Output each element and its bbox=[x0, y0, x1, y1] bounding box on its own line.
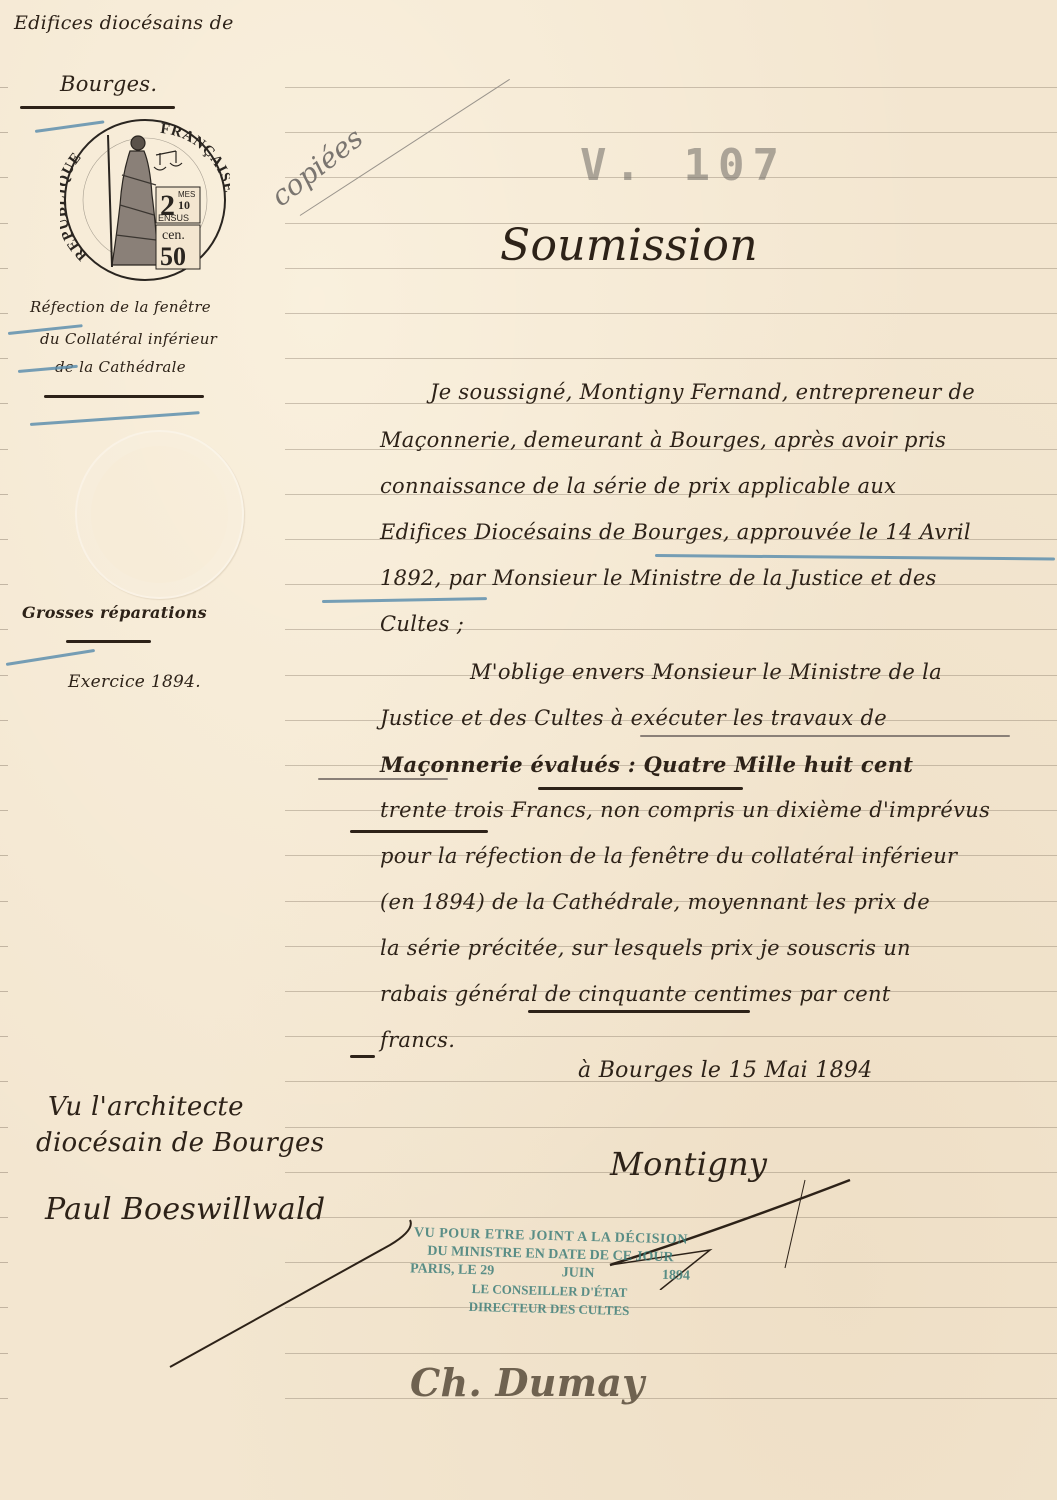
margin-tick bbox=[0, 765, 8, 766]
margin-tick bbox=[0, 675, 8, 676]
margin-subject-line: du Collatéral inférieur bbox=[40, 330, 217, 348]
body-line: rabais général de cinquante centimes par… bbox=[380, 982, 891, 1006]
margin-header-line1: Edifices diocésains de bbox=[14, 12, 234, 34]
svg-text:REPUBLIQUE: REPUBLIQUE bbox=[60, 149, 91, 263]
embossed-dry-seal bbox=[75, 430, 244, 599]
stamp-place: PARIS, LE 29 bbox=[410, 1260, 495, 1280]
blue-pencil-mark bbox=[322, 597, 487, 603]
body-line: Edifices Diocésains de Bourges, approuvé… bbox=[380, 520, 971, 544]
margin-tick bbox=[0, 1036, 8, 1037]
body-line: francs. bbox=[380, 1028, 455, 1052]
rebate-underline bbox=[350, 1055, 375, 1058]
blue-pencil-mark bbox=[655, 554, 1055, 560]
director-signature: Ch. Dumay bbox=[410, 1360, 645, 1405]
margin-category-underline bbox=[66, 640, 151, 643]
ruled-line bbox=[285, 313, 1057, 314]
margin-tick bbox=[0, 1081, 8, 1082]
margin-tick bbox=[0, 1307, 8, 1308]
margin-tick bbox=[0, 223, 8, 224]
margin-subject-underline bbox=[44, 395, 204, 398]
margin-exercise: Exercice 1894. bbox=[68, 672, 201, 692]
margin-tick bbox=[0, 87, 8, 88]
rebate-underline bbox=[528, 1010, 750, 1013]
margin-subject-line: Réfection de la fenêtre bbox=[30, 298, 211, 316]
tax-stamp-icon: REPUBLIQUE FRANÇAISE 2 MES 10 ENSUS cen.… bbox=[60, 115, 230, 285]
stamp-month: JUIN bbox=[561, 1264, 594, 1283]
margin-header-underline bbox=[20, 106, 175, 109]
margin-tick bbox=[0, 494, 8, 495]
pencil-annotation: copiées bbox=[265, 121, 370, 213]
margin-tick bbox=[0, 539, 8, 540]
margin-tick bbox=[0, 629, 8, 630]
svg-text:50: 50 bbox=[160, 242, 186, 271]
file-number-stamp: V. 107 bbox=[580, 140, 787, 191]
margin-tick bbox=[0, 1172, 8, 1173]
ruled-line bbox=[285, 358, 1057, 359]
body-line: la série précitée, sur lesquels prix je … bbox=[380, 936, 911, 960]
architect-visa-line1: Vu l'architecte bbox=[48, 1092, 244, 1122]
margin-tick bbox=[0, 991, 8, 992]
margin-tick bbox=[0, 1217, 8, 1218]
margin-tick bbox=[0, 403, 8, 404]
body-line: pour la réfection de la fenêtre du colla… bbox=[380, 844, 957, 868]
margin-tick bbox=[0, 177, 8, 178]
margin-tick bbox=[0, 268, 8, 269]
margin-tick bbox=[0, 810, 8, 811]
svg-text:10: 10 bbox=[178, 198, 190, 212]
svg-text:cen.: cen. bbox=[162, 228, 185, 243]
body-line: 1892, par Monsieur le Ministre de la Jus… bbox=[380, 566, 937, 590]
body-line: Cultes ; bbox=[380, 612, 464, 636]
margin-tick bbox=[0, 1398, 8, 1399]
stamp-year: 1894 bbox=[662, 1267, 690, 1286]
margin-tick bbox=[0, 1262, 8, 1263]
body-line: Maçonnerie, demeurant à Bourges, après a… bbox=[380, 428, 946, 452]
blue-pencil-mark bbox=[30, 411, 200, 426]
margin-tick bbox=[0, 449, 8, 450]
body-line: connaissance de la série de prix applica… bbox=[380, 474, 896, 498]
margin-category: Grosses réparations bbox=[22, 603, 207, 622]
amount-underline bbox=[538, 787, 743, 790]
body-line: Justice et des Cultes à exécuter les tra… bbox=[380, 706, 887, 730]
svg-text:FRANÇAISE: FRANÇAISE bbox=[159, 121, 230, 195]
margin-tick bbox=[0, 313, 8, 314]
document-title: Soumission bbox=[500, 220, 758, 271]
blue-pencil-mark bbox=[6, 649, 95, 666]
architect-signature-flourish bbox=[160, 1215, 420, 1375]
ministry-approval-stamp: VU POUR ETRE JOINT A LA DÉCISION DU MINI… bbox=[399, 1224, 701, 1322]
margin-tick bbox=[0, 584, 8, 585]
ruled-line bbox=[285, 132, 1057, 133]
margin-tick bbox=[0, 358, 8, 359]
amount-underline bbox=[350, 830, 488, 833]
body-line: Maçonnerie évalués : Quatre Mille huit c… bbox=[380, 752, 913, 777]
margin-tick bbox=[0, 1353, 8, 1354]
amount-underline bbox=[640, 735, 1010, 737]
body-line: trente trois Francs, non compris un dixi… bbox=[380, 798, 990, 822]
architect-visa-line2: diocésain de Bourges bbox=[36, 1128, 324, 1158]
body-line: Je soussigné, Montigny Fernand, entrepre… bbox=[430, 380, 975, 404]
margin-tick bbox=[0, 1127, 8, 1128]
margin-tick bbox=[0, 901, 8, 902]
body-line: (en 1894) de la Cathédrale, moyennant le… bbox=[380, 890, 930, 914]
ruled-line bbox=[285, 1398, 1057, 1399]
ruled-line bbox=[285, 87, 1057, 88]
place-and-date: à Bourges le 15 Mai 1894 bbox=[578, 1058, 873, 1083]
svg-text:ENSUS: ENSUS bbox=[158, 213, 189, 223]
ruled-line bbox=[285, 1127, 1057, 1128]
amount-underline bbox=[318, 778, 448, 780]
body-line: M'oblige envers Monsieur le Ministre de … bbox=[470, 660, 942, 684]
margin-tick bbox=[0, 720, 8, 721]
margin-tick bbox=[0, 855, 8, 856]
margin-header-line2: Bourges. bbox=[60, 72, 157, 96]
margin-tick bbox=[0, 132, 8, 133]
margin-tick bbox=[0, 946, 8, 947]
